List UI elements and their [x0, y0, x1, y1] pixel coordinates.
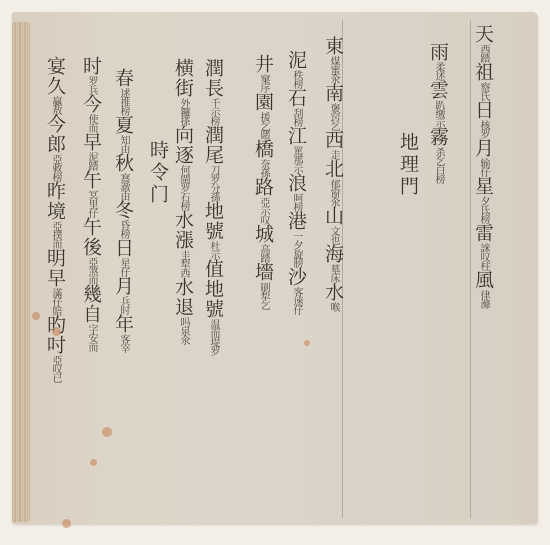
ink-stain: [52, 327, 61, 336]
glossary-term: 年: [112, 314, 134, 334]
text-column: 时罗兵今使而早泥踏午冥里仔午後亞煞而幾自字安而: [78, 56, 105, 351]
glossary-term: 水漲: [172, 210, 194, 250]
phonetic-gloss: 喉: [328, 302, 339, 311]
glossary-term: 夏: [112, 115, 134, 135]
glossary-term: 日: [112, 238, 134, 258]
phonetic-gloss: 亞敕榜: [50, 154, 61, 181]
phonetic-gloss: 兵时: [118, 296, 129, 314]
glossary-term: 潤長: [202, 58, 224, 98]
glossary-term: 雷: [472, 223, 494, 243]
glossary-term: 南: [322, 83, 344, 103]
phonetic-gloss: 墓床: [328, 264, 339, 282]
phonetic-gloss: 察氏: [478, 82, 489, 100]
glossary-term: 墻: [252, 262, 274, 282]
phonetic-gloss: 亞煞而: [86, 257, 97, 284]
phonetic-gloss: 走: [328, 150, 339, 159]
phonetic-gloss: 褒窍乞: [328, 103, 339, 130]
phonetic-gloss: 杀乞白榜: [433, 147, 444, 183]
glossary-term: 潤尾: [202, 125, 224, 165]
phonetic-gloss: 客速仔: [291, 287, 302, 314]
text-column: 井窠序園援乞賭橋奈孫路亞示叹城高踏墻刷犁乞: [250, 54, 277, 309]
phonetic-gloss: 高踏: [258, 244, 269, 262]
phonetic-gloss: 罵那示: [291, 146, 302, 173]
text-column: 横街外鑼搽向逐何閩罗石榜水漲圭犁西水退吗泉氽: [170, 58, 197, 344]
phonetic-gloss: 星仔: [118, 258, 129, 276]
glossary-term: 秋: [112, 153, 134, 173]
phonetic-gloss: 煤蜜氽: [328, 56, 339, 83]
phonetic-gloss: 千示榜: [208, 98, 219, 125]
glossary-term: 时: [80, 56, 102, 76]
phonetic-gloss: 滿仔賠: [50, 288, 61, 315]
phonetic-gloss: 圭犁西: [178, 250, 189, 277]
glossary-term: 沙: [285, 267, 307, 287]
phonetic-gloss: 呵榜: [291, 193, 302, 211]
glossary-term: 石: [285, 88, 307, 108]
phonetic-gloss: 知由: [118, 135, 129, 153]
ink-stain: [304, 340, 310, 346]
text-column: 潤長千示榜潤尾刀罗分孫地號杜示值地號温而堤罗: [200, 58, 227, 355]
text-column: 地理門: [395, 132, 422, 198]
phonetic-gloss: 外鑼搽: [178, 98, 189, 125]
phonetic-gloss: 昏榜: [118, 220, 129, 238]
section-heading: 地理門: [397, 132, 419, 198]
glossary-term: 今: [80, 94, 102, 114]
book-spine: [12, 22, 30, 522]
glossary-term: 横街: [172, 58, 194, 98]
glossary-term: 風: [472, 270, 494, 290]
glossary-term: 午後: [80, 217, 102, 257]
ink-stain: [102, 427, 112, 437]
phonetic-gloss: 奈孫: [258, 159, 269, 177]
glossary-term: 宴久: [44, 56, 66, 96]
phonetic-gloss: 逑推榜: [118, 88, 129, 115]
glossary-term: 泥: [285, 50, 307, 70]
text-column: 時令门: [145, 140, 172, 206]
phonetic-gloss: 亞撲而: [50, 221, 61, 248]
phonetic-gloss: 援乞賭: [258, 112, 269, 139]
ink-stain: [32, 312, 40, 320]
glossary-term: 值地號: [202, 259, 224, 319]
glossary-term: 昨境: [44, 181, 66, 221]
glossary-term: 雲: [427, 80, 449, 100]
phonetic-gloss: 冥里仔: [86, 190, 97, 217]
glossary-term: 海: [322, 244, 344, 264]
section-heading: 時令门: [147, 140, 169, 206]
glossary-term: 井: [252, 54, 274, 74]
glossary-term: 午: [80, 170, 102, 190]
glossary-term: 月: [472, 138, 494, 158]
glossary-term: 江: [285, 126, 307, 146]
phonetic-gloss: 何閩罗石榜: [178, 165, 189, 210]
phonetic-gloss: 詸叹柱: [478, 243, 489, 270]
phonetic-gloss: 杜示: [208, 241, 219, 259]
phonetic-gloss: 使而: [86, 114, 97, 132]
text-column: 春逑推榜夏知由秋窩澈由冬昏榜日星仔月兵时年客宰: [110, 68, 137, 352]
phonetic-gloss: 郁窗氽: [328, 179, 339, 206]
glossary-term: 月: [112, 276, 134, 296]
glossary-term: 星: [472, 176, 494, 196]
ink-stain: [90, 459, 97, 466]
phonetic-gloss: 刮榜: [291, 108, 302, 126]
manuscript-page: 天西踏祖察氏日核罗月输仔星夕氐榜雷詸叹柱風律滌雨柔述雲趴缴示霧杀乞白榜地理門東煤…: [12, 12, 538, 524]
glossary-term: 冬: [112, 200, 134, 220]
text-column: 天西踏祖察氏日核罗月输仔星夕氐榜雷詸叹柱風律滌: [470, 24, 497, 308]
glossary-term: 路: [252, 177, 274, 197]
glossary-term: 東: [322, 36, 344, 56]
glossary-term: 早: [80, 132, 102, 152]
phonetic-gloss: 刷犁乞: [258, 282, 269, 309]
glossary-term: 西: [322, 130, 344, 150]
phonetic-gloss: 秩榜: [291, 70, 302, 88]
glossary-term: 城: [252, 224, 274, 244]
phonetic-gloss: 核罗: [478, 120, 489, 138]
glossary-term: 向逐: [172, 125, 194, 165]
glossary-term: 祖: [472, 62, 494, 82]
phonetic-gloss: 西踏: [478, 44, 489, 62]
phonetic-gloss: 罗兵: [86, 76, 97, 94]
phonetic-gloss: 温而堤罗: [208, 319, 219, 355]
glossary-term: 園: [252, 92, 274, 112]
text-column: 東煤蜜氽南褒窍乞西走北郁窗氽山文也海墓床水喉: [320, 36, 347, 311]
phonetic-gloss: 贏敖: [50, 96, 61, 114]
phonetic-gloss: 客宰: [118, 334, 129, 352]
glossary-term: 北: [322, 159, 344, 179]
glossary-term: 山: [322, 206, 344, 226]
glossary-term: 浪: [285, 173, 307, 193]
phonetic-gloss: 亞示叹: [258, 197, 269, 224]
phonetic-gloss: 窠序: [258, 74, 269, 92]
text-column: 雨柔述雲趴缴示霧杀乞白榜: [425, 42, 452, 183]
phonetic-gloss: 吗泉氽: [178, 317, 189, 344]
glossary-term: 橋: [252, 139, 274, 159]
glossary-term: 霧: [427, 127, 449, 147]
phonetic-gloss: 夕氐榜: [478, 196, 489, 223]
phonetic-gloss: 柔述: [433, 62, 444, 80]
phonetic-gloss: 趴缴示: [433, 100, 444, 127]
phonetic-gloss: 刀罗分孫: [208, 165, 219, 201]
glossary-term: 春: [112, 68, 134, 88]
ink-stain: [62, 519, 71, 528]
phonetic-gloss: 泥踏: [86, 152, 97, 170]
phonetic-gloss: 字安而: [86, 324, 97, 351]
glossary-term: 天: [472, 24, 494, 44]
phonetic-gloss: 亞叹已: [50, 355, 61, 382]
phonetic-gloss: 一夕旋膀: [291, 231, 302, 267]
glossary-term: 雨: [427, 42, 449, 62]
glossary-term: 日: [472, 100, 494, 120]
phonetic-gloss: 文也: [328, 226, 339, 244]
glossary-term: 港: [285, 211, 307, 231]
glossary-term: 明早: [44, 248, 66, 288]
text-column: 泥秩榜石刮榜江罵那示浪呵榜港一夕旋膀沙客速仔: [283, 50, 310, 314]
phonetic-gloss: 律滌: [478, 290, 489, 308]
glossary-term: 水: [322, 282, 344, 302]
phonetic-gloss: 输仔: [478, 158, 489, 176]
glossary-term: 今郎: [44, 114, 66, 154]
phonetic-gloss: 窩澈由: [118, 173, 129, 200]
glossary-term: 幾自: [80, 284, 102, 324]
glossary-term: 水退: [172, 277, 194, 317]
glossary-term: 地號: [202, 201, 224, 241]
